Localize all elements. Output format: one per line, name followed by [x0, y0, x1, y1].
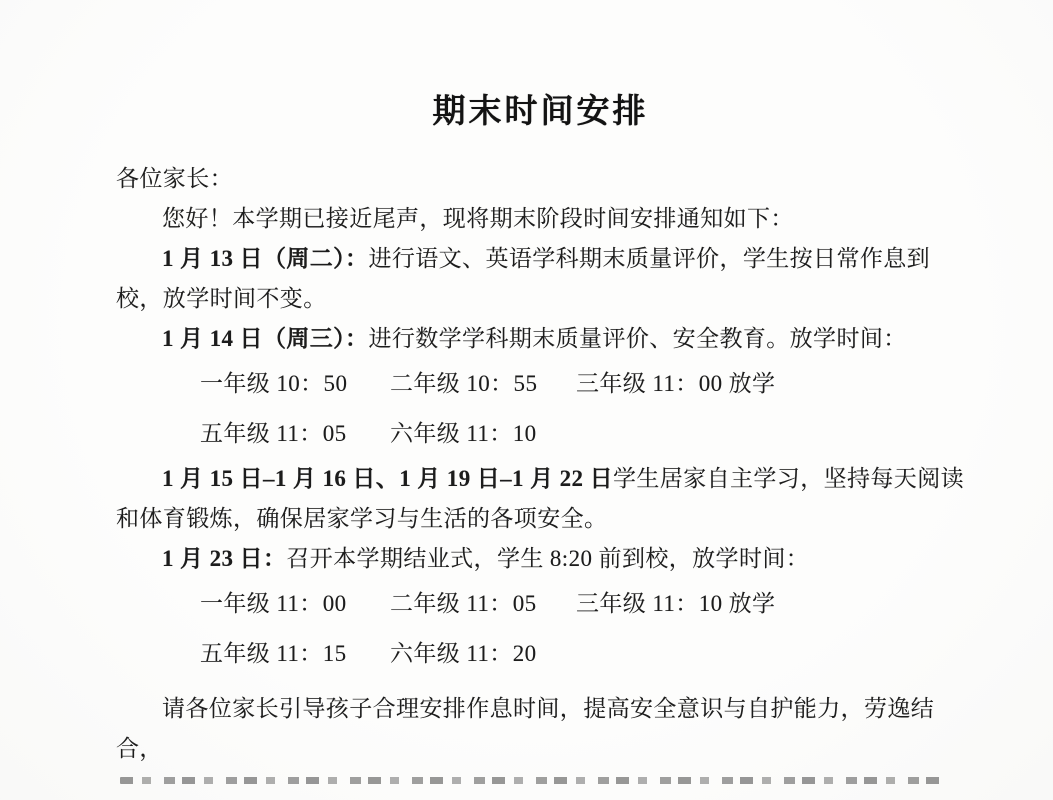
- dismissal-schedule-jan14-row2: 五年级 11：05 六年级 11：10: [200, 409, 965, 459]
- grade3-time: 三年级 11：00 放学: [576, 359, 965, 409]
- grade3-time: 三年级 11：10 放学: [576, 579, 965, 629]
- paragraph-jan15-22: 1 月 15 日–1 月 16 日、1 月 19 日–1 月 22 日学生居家自…: [116, 459, 965, 539]
- paragraph-jan14: 1 月 14 日（周三）：进行数学学科期末质量评价、安全教育。放学时间：: [116, 319, 965, 359]
- dismissal-schedule-jan23-row2: 五年级 11：15 六年级 11：20: [200, 629, 965, 679]
- scanned-notice-page: 期末时间安排 各位家长： 您好！本学期已接近尾声，现将期末阶段时间安排通知如下：…: [0, 0, 1053, 800]
- paragraph-jan13: 1 月 13 日（周二）：进行语文、英语学科期末质量评价，学生按日常作息到校，放…: [116, 239, 965, 319]
- paragraph-jan23: 1 月 23 日：召开本学期结业式，学生 8:20 前到校，放学时间：: [116, 539, 965, 579]
- grade6-time: 六年级 11：10: [390, 409, 576, 459]
- grade2-time: 二年级 10：55: [390, 359, 576, 409]
- grade5-time: 五年级 11：15: [200, 629, 390, 679]
- date-jan14: 1 月 14 日（周三）：: [162, 326, 368, 351]
- date-jan23: 1 月 23 日：: [162, 546, 286, 571]
- date-jan15-22: 1 月 15 日–1 月 16 日、1 月 19 日–1 月 22 日: [162, 466, 613, 491]
- intro-paragraph: 您好！本学期已接近尾声，现将期末阶段时间安排通知如下：: [116, 199, 965, 239]
- paragraph-jan23-text: 召开本学期结业式，学生 8:20 前到校，放学时间：: [286, 546, 809, 571]
- cropped-text-line: [120, 777, 948, 784]
- dismissal-schedule-jan23-row1: 一年级 11：00 二年级 11：05 三年级 11：10 放学: [200, 579, 965, 629]
- grade1-time: 一年级 10：50: [200, 359, 390, 409]
- closing-paragraph: 请各位家长引导孩子合理安排作息时间，提高安全意识与自护能力，劳逸结合，: [116, 689, 965, 769]
- grade6-time: 六年级 11：20: [390, 629, 576, 679]
- dismissal-schedule-jan14-row1: 一年级 10：50 二年级 10：55 三年级 11：00 放学: [200, 359, 965, 409]
- paragraph-jan14-text: 进行数学学科期末质量评价、安全教育。放学时间：: [368, 326, 906, 351]
- page-title: 期末时间安排: [116, 92, 965, 132]
- date-jan13: 1 月 13 日（周二）：: [162, 246, 368, 271]
- grade2-time: 二年级 11：05: [390, 579, 576, 629]
- salutation: 各位家长：: [116, 159, 965, 199]
- grade1-time: 一年级 11：00: [200, 579, 390, 629]
- grade5-time: 五年级 11：05: [200, 409, 390, 459]
